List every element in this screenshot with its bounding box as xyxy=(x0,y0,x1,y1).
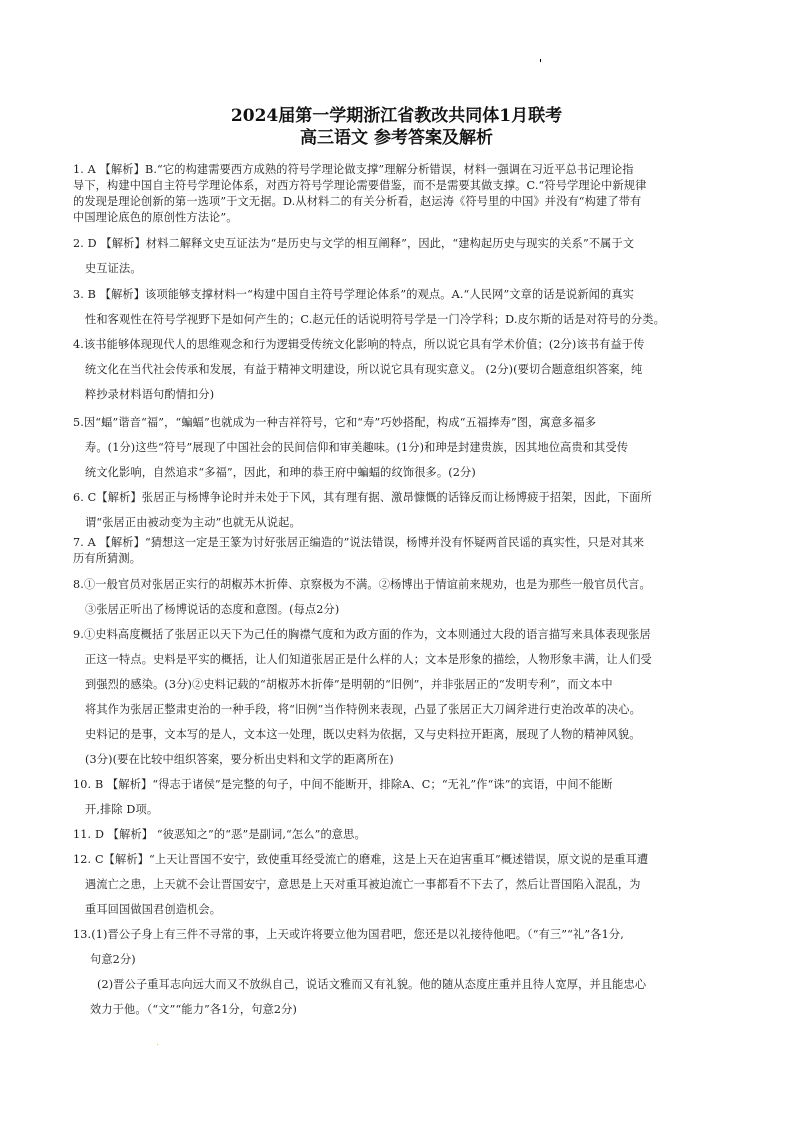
answer-line: 正这一特点。史料是平实的概括，让人们知道张居正是什么样的人；文本是形象的描绘，人… xyxy=(85,653,652,667)
answer-line: 粹抄录材料语句酌情扣分) xyxy=(85,388,214,402)
answer-line: 导下，构建中国自主符号学理论体系，对西方符号学理论需要借鉴，而不是需要其做支撑。… xyxy=(73,179,646,193)
answer-line: 的发现是理论创新的第一选项”于文无据。D.从材料二的有关分析看，赵运涛《符号里的… xyxy=(73,195,641,209)
answer-line: 将其作为张居正整肃吏治的一种手段，将“旧例”当作特例来表现，凸显了张居正大刀阔斧… xyxy=(85,703,641,717)
answer-sheet-page: 2024届第一学期浙江省教改共同体1月联考 高三语文 参考答案及解析 1. A … xyxy=(0,0,793,1121)
scan-speck-yellow xyxy=(157,1044,158,1045)
answer-line: 遇流亡之患，上天就不会让晋国安宁，意思是上天对重耳被迫流亡一事都看不下去了，然后… xyxy=(85,878,641,892)
answer-line: 重耳回国做国君创造机会。 xyxy=(85,903,221,917)
answer-line: 8.①一般官员对张居正实行的胡椒苏木折俸、京察极为不满。②杨博出于情谊前来规劝，… xyxy=(73,578,651,592)
answer-line: (2)晋公子重耳志向远大而又不放纵自己，说话文雅而又有礼貌。他的随从态度庄重并且… xyxy=(97,978,646,992)
answer-line: 12. C【解析】“上天让晋国不安宁，致使重耳经受流亡的磨难，这是上天在迫害重耳… xyxy=(73,853,648,867)
answer-line: 11. D 【解析】 “彼恶知之”的“恶”是副词,“怎么”的意思。 xyxy=(73,828,366,842)
answer-line: 6. C【解析】张居正与杨博争论时并未处于下风，其有理有据、激昂慷慨的话锋反而让… xyxy=(73,491,652,505)
answer-line: 3. B 【解析】该项能够支撑材料一“构建中国自主符号学理论体系”的观点。A.“… xyxy=(73,288,634,302)
answer-line: 统文化在当代社会传承和发展，有益于精神文明建设，所以说它具有现实意义。 (2分)… xyxy=(85,363,642,377)
answer-line: 中国理论底色的原创性方法论”。 xyxy=(73,211,238,225)
answer-line: 9.①史料高度概括了张居正以天下为己任的胸襟气度和为政方面的作为，文本则通过大段… xyxy=(73,628,651,642)
answer-line: (3分)(要在比较中组织答案，要分析出史料和文学的距离所在) xyxy=(85,753,394,767)
answer-line: 历有所猜测。 xyxy=(73,552,141,566)
answer-line: 效力于他。（“文”“能力”各1分，句意2分) xyxy=(90,1003,297,1017)
answer-line: 性和客观性在符号学视野下是如何产生的；C.赵元任的话说明符号学是一门冷学科；D.… xyxy=(85,313,665,327)
answer-line: 开,排除 D项。 xyxy=(85,803,158,817)
answer-line: ③张居正听出了杨博说话的态度和意图。(每点2分) xyxy=(85,603,339,617)
answer-line: 句意2分) xyxy=(90,953,136,967)
answer-line: 10. B 【解析】“得志于诸侯”是完整的句子，中间不能断开，排除A、C；“无礼… xyxy=(73,778,613,792)
answer-line: 统文化影响，自然追求“多福”，因此，和珅的恭王府中蝙蝠的纹饰很多。(2分) xyxy=(85,466,476,480)
answer-line: 史互证法。 xyxy=(85,262,142,276)
answer-line: 寿。(1分)这些“符号”展现了中国社会的民间信仰和审美趣味。(1分)和珅是封建贵… xyxy=(85,441,628,455)
scan-speck xyxy=(540,59,541,62)
answer-line: 史料记的是事，文本写的是人，文本这一处理，既以史料为依据，又与史料拉开距离，展现… xyxy=(85,728,641,742)
answer-line: 5.因“蝠”谐音“福”，“蝙蝠”也就成为一种吉祥符号，它和“寿”巧妙搭配，构成“… xyxy=(73,416,596,430)
answer-line: 2. D 【解析】材料二解释文史互证法为“是历史与文学的相互阐释”，因此，“建构… xyxy=(73,237,634,251)
answer-line: 谓“张居正由被动变为主动”也就无从说起。 xyxy=(85,516,301,530)
answer-line: 到强烈的感染。(3分)②史料记载的“胡椒苏木折俸”是明朝的“旧例”，并非张居正的… xyxy=(85,678,613,692)
answer-line: 4.该书能够体现现代人的思维观念和行为逻辑受传统文化影响的特点，所以说它具有学术… xyxy=(73,338,644,352)
answer-line: 1. A 【解析】B.“它的构建需要西方成熟的符号学理论做支撑”理解分析错误，材… xyxy=(73,163,634,177)
document-subtitle: 高三语文 参考答案及解析 xyxy=(0,123,793,148)
answer-line: 13.(1)晋公子身上有三件不寻常的事，上天或许将要立他为国君吧，您还是以礼接待… xyxy=(73,928,624,942)
answer-line: 7. A 【解析】“猜想这一定是王篆为讨好张居正编造的”说法错误，杨博并没有怀疑… xyxy=(73,536,644,550)
